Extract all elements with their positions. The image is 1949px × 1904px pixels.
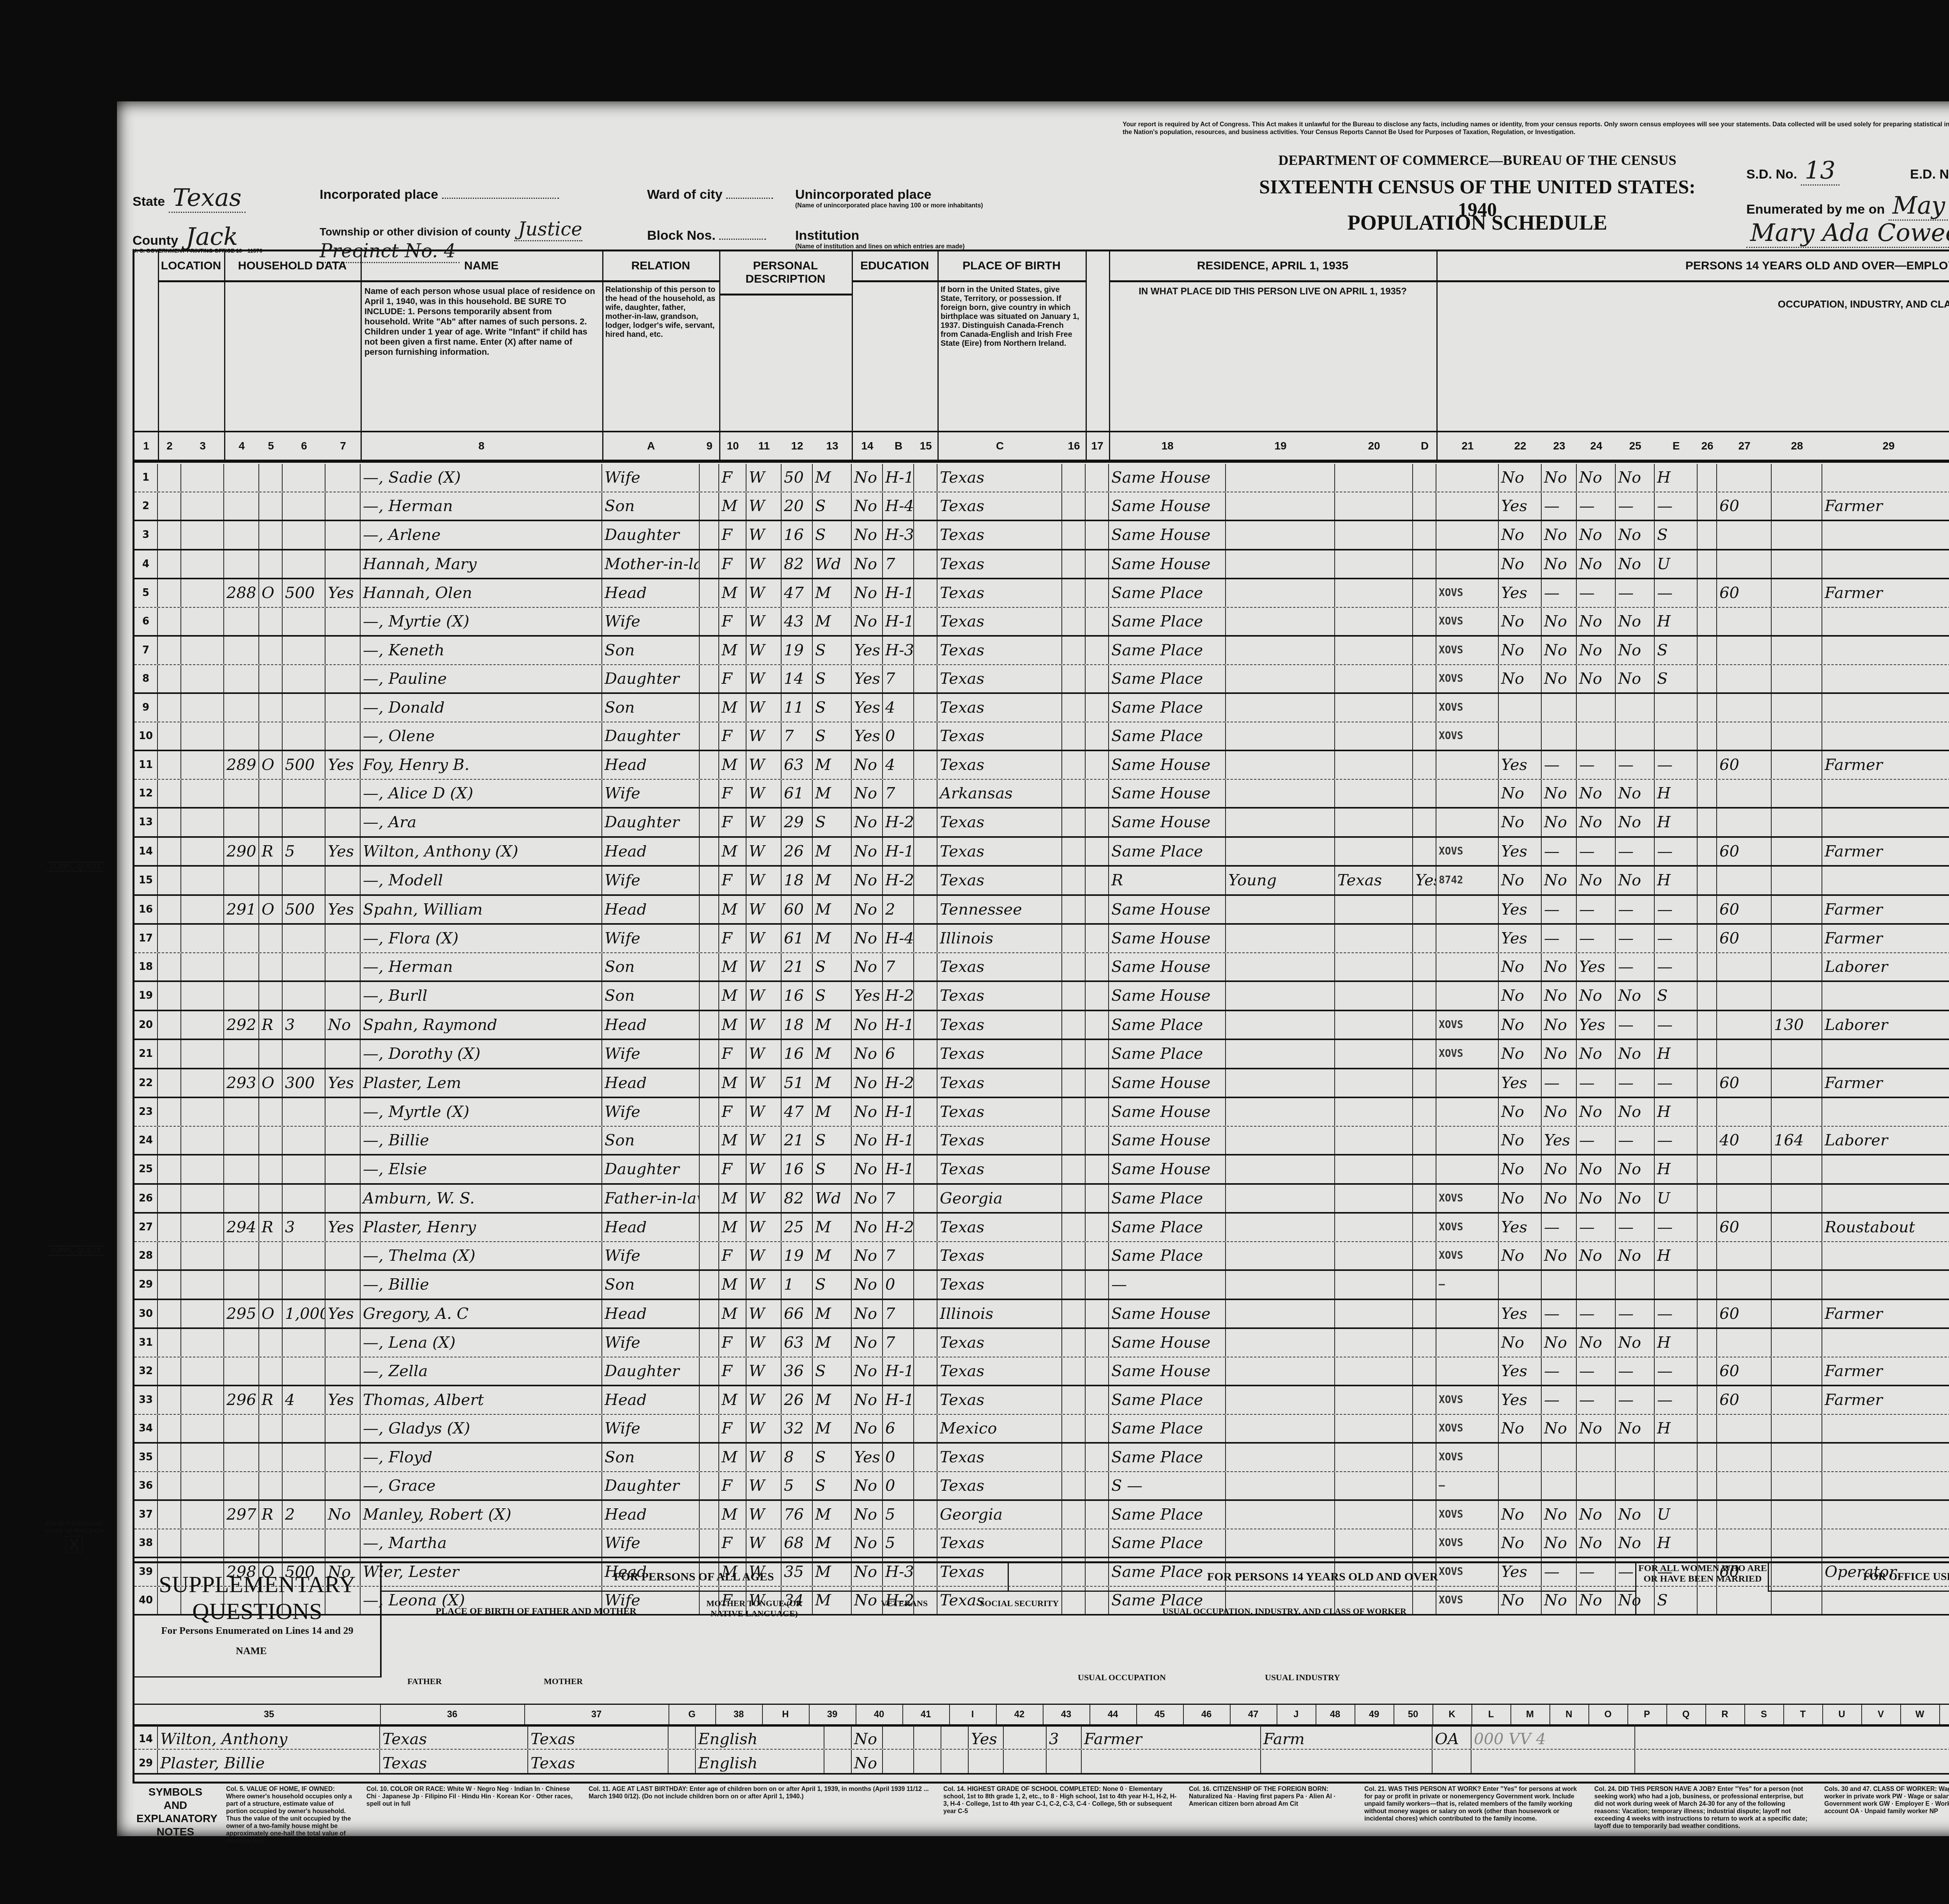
code-a-cell [700,1529,719,1557]
seeking-work-cell: No [1577,1040,1616,1068]
supp-column-number: 43 [1043,1705,1090,1724]
home-value-cell [283,1242,325,1270]
street-cell [158,780,181,807]
code-b-cell [914,464,937,492]
farm-cell: Yes [325,751,361,779]
birthplace-cell: Texas [937,1529,1062,1557]
table-row: 34—, Gladys (X)WifeFW32MNo6MexicoSame Pl… [134,1415,1949,1444]
line-number: 23 [134,1098,158,1126]
at-work-cell: Yes [1499,1386,1542,1414]
race-cell: W [746,809,782,836]
occupation-cell [1822,1329,1949,1357]
supp-column-number: 42 [996,1705,1043,1724]
residence-city-cell: R [1109,867,1226,894]
hours-worked-cell [1717,464,1772,492]
farm-cell [325,1040,361,1068]
dwelling-number-cell: 293 [224,1069,259,1097]
table-row: 11289O500YesFoy, Henry B.HeadMW63MNo4Tex… [134,751,1949,780]
column-number: A [602,431,700,463]
home-value-cell [283,1155,325,1183]
birthplace-cell: Texas [937,867,1062,894]
activity-cell: S [1655,982,1698,1010]
citizenship-cell [1086,1386,1109,1414]
activity-cell: — [1655,751,1698,779]
occupation-cell [1822,665,1949,693]
weeks-unemployed-cell [1772,809,1822,836]
line-number: 36 [134,1472,158,1500]
name-cell: Thomas, Albert [361,1386,602,1414]
code-e-cell [1698,1300,1717,1328]
emergency-work-cell: No [1542,608,1577,635]
farm-cell: No [325,1011,361,1039]
grade-cell: 0 [883,722,914,750]
supp-g-cell [669,1725,696,1749]
name-cell: —, Keneth [361,637,602,664]
column-number: 26 [1698,431,1717,463]
code-d-cell [1436,751,1499,779]
farm-cell [325,492,361,520]
line-number: 13 [134,809,158,836]
farm-cell: Yes [325,1214,361,1241]
code-a-cell [700,953,719,981]
at-work-cell: Yes [1499,579,1542,607]
column-number: 1 [134,431,158,463]
weeks-unemployed-cell [1772,896,1822,924]
code-b-cell [914,637,937,664]
house-number-cell [181,1011,224,1039]
citizenship-cell [1086,1357,1109,1385]
tenure-cell: R [259,1501,283,1529]
suppl-quest-marker-14: SUPPL. QUEST. [47,862,105,872]
table-row: 26Amburn, W. S.Father-in-lawMW82WdNo7Geo… [134,1185,1949,1214]
at-work-cell: No [1499,464,1542,492]
at-work-cell: No [1499,665,1542,693]
at-work-cell: Yes [1499,492,1542,520]
sex-cell: F [719,1155,746,1183]
citizenship-cell [1086,1098,1109,1126]
dwelling-number-cell: 290 [224,838,259,865]
line-number: 5 [134,579,158,607]
code-d-cell [1436,550,1499,578]
activity-cell: — [1655,953,1698,981]
dwelling-number-cell [224,925,259,952]
marital-status-cell: S [813,1444,852,1471]
weeks-unemployed-cell [1772,1271,1822,1299]
residence-farm-cell [1413,464,1436,492]
activity-cell: — [1655,492,1698,520]
emergency-work-cell: No [1542,809,1577,836]
sex-cell: F [719,809,746,836]
grade-cell: 6 [883,1040,914,1068]
sex-cell: M [719,1185,746,1212]
code-b-cell [914,953,937,981]
table-row: 28—, Thelma (X)WifeFW19MNo7TexasSame Pla… [134,1242,1949,1271]
code-e-cell [1698,637,1717,664]
residence-city-cell: Same House [1109,464,1226,492]
code-e-cell [1698,780,1717,807]
weeks-unemployed-cell [1772,1529,1822,1557]
school-attendance-cell: No [852,492,883,520]
had-job-cell: No [1616,1415,1655,1442]
relation-cell: Head [602,838,700,865]
supp-table-row: 29Plaster, BillieTexasTexasEnglishNo [134,1750,1949,1775]
marital-status-cell: M [813,1415,852,1442]
code-a-cell [700,1127,719,1154]
activity-cell: H [1655,809,1698,836]
name-cell: —, Thelma (X) [361,1242,602,1270]
residence-city-cell: Same Place [1109,722,1226,750]
supp-i-cell [941,1750,969,1773]
code-d-cell: XOVS [1436,1214,1499,1241]
had-job-cell: No [1616,608,1655,635]
code-e-cell [1698,1155,1717,1183]
school-attendance-cell: Yes [852,637,883,664]
tenure-cell [259,492,283,520]
had-job-cell: No [1616,550,1655,578]
code-e-cell [1698,1185,1717,1212]
sex-cell: F [719,1040,746,1068]
code-c-cell [1062,1011,1086,1039]
residence-farm-cell [1413,579,1436,607]
activity-cell: H [1655,867,1698,894]
block-field: Block Nos. [647,228,766,243]
had-job-cell: No [1616,867,1655,894]
supp-h-cell [824,1725,852,1749]
code-c-cell [1062,1069,1086,1097]
relation-cell: Daughter [602,1155,700,1183]
residence-county-cell [1226,1501,1335,1529]
seeking-work-cell: Yes [1577,953,1616,981]
had-job-cell: No [1616,1185,1655,1212]
relation-cell: Wife [602,1415,700,1442]
code-d-cell: XOVS [1436,1501,1499,1529]
code-d-cell: XOVS [1436,637,1499,664]
code-a-cell [700,492,719,520]
occupation-cell [1822,867,1949,894]
citizenship-cell [1086,1415,1109,1442]
weeks-unemployed-cell [1772,550,1822,578]
citizenship-cell [1086,809,1109,836]
street-cell [158,953,181,981]
emergency-work-cell: No [1542,1040,1577,1068]
farm-cell [325,694,361,722]
residence-farm-cell [1413,550,1436,578]
supp-41-cell [914,1750,941,1773]
code-d-cell: XOVS [1436,838,1499,865]
line-number: 4 [134,550,158,578]
tenure-cell [259,1242,283,1270]
grade-cell: 0 [883,1472,914,1500]
checkbox-icon[interactable]: X [65,1536,83,1553]
had-job-cell: — [1616,1011,1655,1039]
citizenship-cell [1086,1069,1109,1097]
residence-state-cell [1335,751,1413,779]
code-e-cell [1698,751,1717,779]
code-a-cell [700,1501,719,1529]
seeking-work-cell: No [1577,982,1616,1010]
had-job-cell [1616,1472,1655,1500]
had-job-cell: — [1616,1214,1655,1241]
race-cell: W [746,1214,782,1241]
supp-column-number: 47 [1230,1705,1277,1724]
code-a-cell [700,665,719,693]
birthplace-cell: Texas [937,1214,1062,1241]
code-a-cell [700,838,719,865]
name-cell: —, Burll [361,982,602,1010]
tenure-cell [259,809,283,836]
street-cell [158,1242,181,1270]
house-number-cell [181,608,224,635]
tenure-cell [259,867,283,894]
grade-cell: 7 [883,1185,914,1212]
home-value-cell [283,1329,325,1357]
supp-over14-header: FOR PERSONS 14 YEARS OLD AND OVER [1008,1563,1636,1592]
name-cell: Plaster, Henry [361,1214,602,1241]
code-a-cell [700,809,719,836]
house-number-cell [181,694,224,722]
residence-state-cell [1335,637,1413,664]
supp-veteran-cell: No [852,1750,883,1773]
birthplace-cell: Texas [937,521,1062,549]
at-work-cell: No [1499,521,1542,549]
hours-worked-cell [1717,982,1772,1010]
birthplace-cell: Texas [937,492,1062,520]
house-number-cell [181,1529,224,1557]
grade-cell: 7 [883,1300,914,1328]
line-number: 3 [134,521,158,549]
dwelling-number-cell [224,665,259,693]
dwelling-number-cell [224,1155,259,1183]
grade-cell: 6 [883,1415,914,1442]
code-b-cell [914,780,937,807]
farm-cell [325,1185,361,1212]
at-work-cell: No [1499,1155,1542,1183]
residence-county-cell [1226,1529,1335,1557]
home-value-cell [283,637,325,664]
farm-cell [325,608,361,635]
residence-county-cell [1226,1069,1335,1097]
dwelling-number-cell: 296 [224,1386,259,1414]
had-job-cell: — [1616,1300,1655,1328]
code-c-cell [1062,579,1086,607]
school-attendance-cell: No [852,1098,883,1126]
sex-cell: F [719,1329,746,1357]
street-cell [158,838,181,865]
farm-cell [325,1098,361,1126]
code-b-cell [914,665,937,693]
name-cell: —, Olene [361,722,602,750]
at-work-cell: Yes [1499,925,1542,952]
name-cell: Gregory, A. C [361,1300,602,1328]
weeks-unemployed-cell [1772,521,1822,549]
seeking-work-cell: — [1577,492,1616,520]
tenure-cell [259,608,283,635]
grade-cell: H-2 [883,809,914,836]
age-cell: 50 [782,464,813,492]
code-d-cell: XOVS [1436,1040,1499,1068]
residence-city-cell: Same House [1109,1357,1226,1385]
emergency-work-cell: No [1542,550,1577,578]
tenure-cell [259,925,283,952]
grade-cell: H-1 [883,608,914,635]
age-cell: 47 [782,1098,813,1126]
grade-cell: H-2 [883,867,914,894]
race-cell: W [746,1242,782,1270]
line-number: 22 [134,1069,158,1097]
weeks-unemployed-cell [1772,1040,1822,1068]
residence-county-cell [1226,492,1335,520]
supp-column-number: G [669,1705,716,1724]
seeking-work-cell: — [1577,1214,1616,1241]
home-value-cell: 500 [283,751,325,779]
residence-farm-cell [1413,1501,1436,1529]
code-b-cell [914,550,937,578]
occupation-cell [1822,1529,1949,1557]
relation-cell: Head [602,751,700,779]
seeking-work-cell: — [1577,1300,1616,1328]
code-a-cell [700,694,719,722]
seeking-work-cell: No [1577,1501,1616,1529]
state-field: State Texas [133,183,246,212]
residence-state-cell [1335,1472,1413,1500]
code-e-cell [1698,1415,1717,1442]
grade-cell: 7 [883,550,914,578]
residence-county-cell [1226,579,1335,607]
birthplace-cell: Texas [937,1011,1062,1039]
hours-worked-cell [1717,780,1772,807]
street-cell [158,1501,181,1529]
code-b-cell [914,608,937,635]
code-c-cell [1062,867,1086,894]
hours-worked-cell [1717,550,1772,578]
residence-city-cell: Same House [1109,1300,1226,1328]
code-e-cell [1698,1386,1717,1414]
hours-worked-cell: 40 [1717,1127,1772,1154]
street-cell [158,1185,181,1212]
farm-cell [325,1472,361,1500]
farm-cell [325,1357,361,1385]
home-value-cell: 3 [283,1214,325,1241]
residence-county-cell [1226,896,1335,924]
marital-status-cell: M [813,1069,852,1097]
marital-status-cell: M [813,1214,852,1241]
had-job-cell: — [1616,1357,1655,1385]
emergency-work-cell [1542,1444,1577,1471]
home-value-cell [283,1415,325,1442]
birthplace-cell: Texas [937,1155,1062,1183]
grade-cell: H-2 [883,1214,914,1241]
school-attendance-cell: No [852,809,883,836]
farm-cell [325,953,361,981]
activity-cell: — [1655,896,1698,924]
house-number-cell [181,1214,224,1241]
race-cell: W [746,1300,782,1328]
relation-cell: Father-in-law [602,1185,700,1212]
sd-number: 13 [1801,156,1839,186]
grade-cell: 7 [883,1242,914,1270]
supp-column-number: S [1744,1705,1784,1724]
grade-cell: H-1 [883,579,914,607]
house-number-cell [181,1098,224,1126]
code-a-cell [700,1329,719,1357]
table-row: 19—, BurllSonMW16SYesH-2TexasSame HouseN… [134,982,1949,1011]
birthplace-cell: Texas [937,637,1062,664]
hours-worked-cell: 60 [1717,1300,1772,1328]
street-cell [158,1386,181,1414]
farm-cell [325,665,361,693]
marital-status-cell: Wd [813,1185,852,1212]
home-value-cell [283,464,325,492]
table-row: 32—, ZellaDaughterFW36SNoH-1TexasSame Ho… [134,1357,1949,1387]
name-cell: —, Grace [361,1472,602,1500]
grade-cell: H-4 [883,492,914,520]
at-work-cell: No [1499,550,1542,578]
home-value-cell [283,925,325,952]
code-a-cell [700,1357,719,1385]
occupation-cell: Laborer [1822,1011,1949,1039]
column-number: 18 [1109,431,1226,463]
street-cell [158,1329,181,1357]
birthplace-cell: Arkansas [937,780,1062,807]
citizenship-cell [1086,1472,1109,1500]
age-cell: 26 [782,838,813,865]
table-row: 37297R2NoManley, Robert (X)HeadMW76MNo5G… [134,1501,1949,1529]
citizenship-cell [1086,896,1109,924]
dwelling-number-cell [224,464,259,492]
birthplace-cell: Texas [937,1329,1062,1357]
house-number-cell [181,867,224,894]
code-c-cell [1062,521,1086,549]
supp-name-cell: Wilton, Anthony [158,1725,380,1749]
line-number: 9 [134,694,158,722]
seeking-work-cell: No [1577,1098,1616,1126]
code-c-cell [1062,1242,1086,1270]
seeking-work-cell [1577,1444,1616,1471]
occupation-cell [1822,1040,1949,1068]
farm-cell: Yes [325,838,361,865]
sex-cell: M [719,896,746,924]
weeks-unemployed-cell [1772,1069,1822,1097]
had-job-cell [1616,722,1655,750]
occupation-cell [1822,1415,1949,1442]
residence-county-cell [1226,1127,1335,1154]
name-cell: —, Pauline [361,665,602,693]
birthplace-cell: Illinois [937,925,1062,952]
supp-father-cell: Texas [380,1750,528,1773]
residence-farm-cell [1413,982,1436,1010]
hours-worked-cell: 60 [1717,492,1772,520]
house-number-cell [181,579,224,607]
emergency-work-cell: No [1542,1185,1577,1212]
at-work-cell: No [1499,1415,1542,1442]
street-cell [158,925,181,952]
residence-city-cell: Same House [1109,780,1226,807]
emergency-work-cell: — [1542,838,1577,865]
seeking-work-cell: No [1577,521,1616,549]
street-cell [158,896,181,924]
column-number: D [1413,431,1436,463]
farm-cell [325,780,361,807]
code-c-cell [1062,809,1086,836]
seeking-work-cell: — [1577,1127,1616,1154]
residence-county-cell [1226,1472,1335,1500]
residence-farm-cell [1413,665,1436,693]
had-job-cell: No [1616,1242,1655,1270]
line-number: 11 [134,751,158,779]
code-b-cell [914,1300,937,1328]
race-cell: W [746,464,782,492]
street-cell [158,492,181,520]
